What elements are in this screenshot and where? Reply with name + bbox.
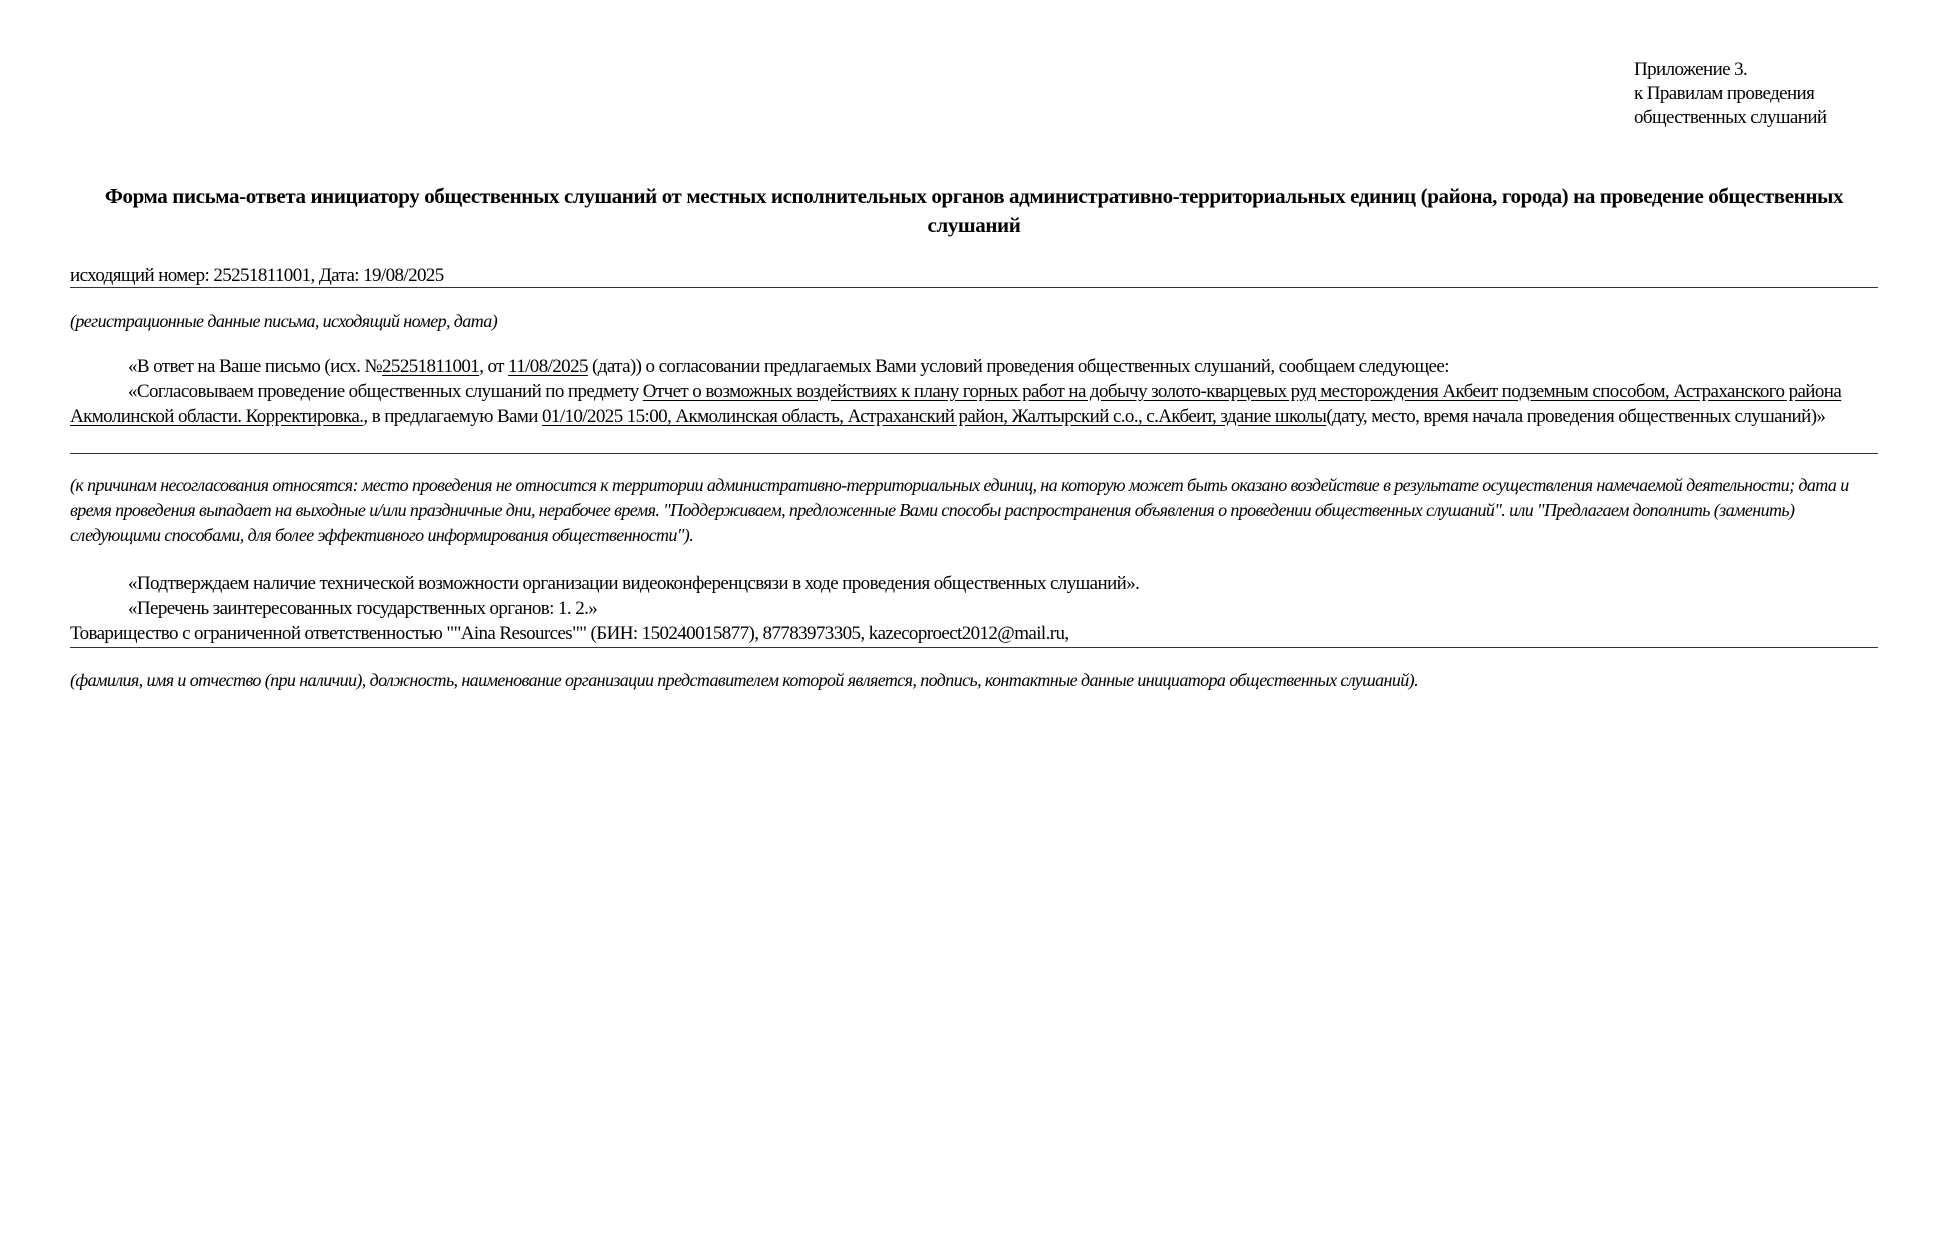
reply-p1-mid: , от [479, 356, 508, 377]
interested-agencies-list: «Перечень заинтересованных государственн… [70, 596, 1882, 621]
reply-paragraph-2: «Согласовываем проведение общественных с… [70, 379, 1882, 429]
outgoing-number: 25251811001 [213, 265, 310, 286]
outgoing-date: 19/08/2025 [363, 265, 444, 286]
outgoing-date-label: , Дата: [311, 265, 359, 286]
reply-p2-end: (дату, место, время начала проведения об… [1326, 406, 1825, 427]
reply-p1-start: «В ответ на Ваше письмо (исх. № [128, 356, 382, 377]
disagreement-reasons-caption: (к причинам несогласования относятся: ме… [70, 473, 1878, 548]
reply-paragraph-1: «В ответ на Ваше письмо (исх. №252518110… [70, 354, 1882, 379]
reply-p1-end: (дата)) о согласовании предлагаемых Вами… [588, 356, 1449, 377]
confirmations-block: «Подтверждаем наличие технической возмож… [70, 571, 1882, 646]
reply-underline [70, 453, 1878, 454]
appendix-rules-ref-cont: общественных слушаний [1634, 106, 1826, 130]
appendix-rules-ref: к Правилам проведения [1634, 82, 1826, 106]
video-conference-confirmation: «Подтверждаем наличие технической возмож… [70, 571, 1882, 596]
document-title: Форма письма-ответа инициатору обществен… [70, 182, 1878, 240]
reply-p2-mid: , в предлагаемую Вами [363, 406, 542, 427]
appendix-header: Приложение 3. к Правилам проведения обще… [1634, 58, 1826, 130]
appendix-number: Приложение 3. [1634, 58, 1826, 82]
hearing-datetime-place: 01/10/2025 15:00, Акмолинская область, А… [542, 406, 1326, 427]
registration-caption: (регистрационные данные письма, исходящи… [70, 309, 1878, 334]
registration-underline [70, 287, 1878, 288]
reference-letter-number: 25251811001 [382, 356, 479, 377]
reference-letter-date: 11/08/2025 [508, 356, 588, 377]
initiator-details: Товарищество с ограниченной ответственно… [70, 621, 1882, 646]
document-page: Приложение 3. к Правилам проведения обще… [0, 0, 1948, 1242]
reply-p2-start: «Согласовываем проведение общественных с… [128, 381, 643, 402]
outgoing-number-label: исходящий номер: [70, 265, 209, 286]
outgoing-registration-line: исходящий номер: 25251811001, Дата: 19/0… [70, 264, 1878, 288]
initiator-underline [70, 647, 1878, 648]
initiator-caption: (фамилия, имя и отчество (при наличии), … [70, 668, 1878, 693]
reply-body: «В ответ на Ваше письмо (исх. №252518110… [70, 354, 1882, 429]
